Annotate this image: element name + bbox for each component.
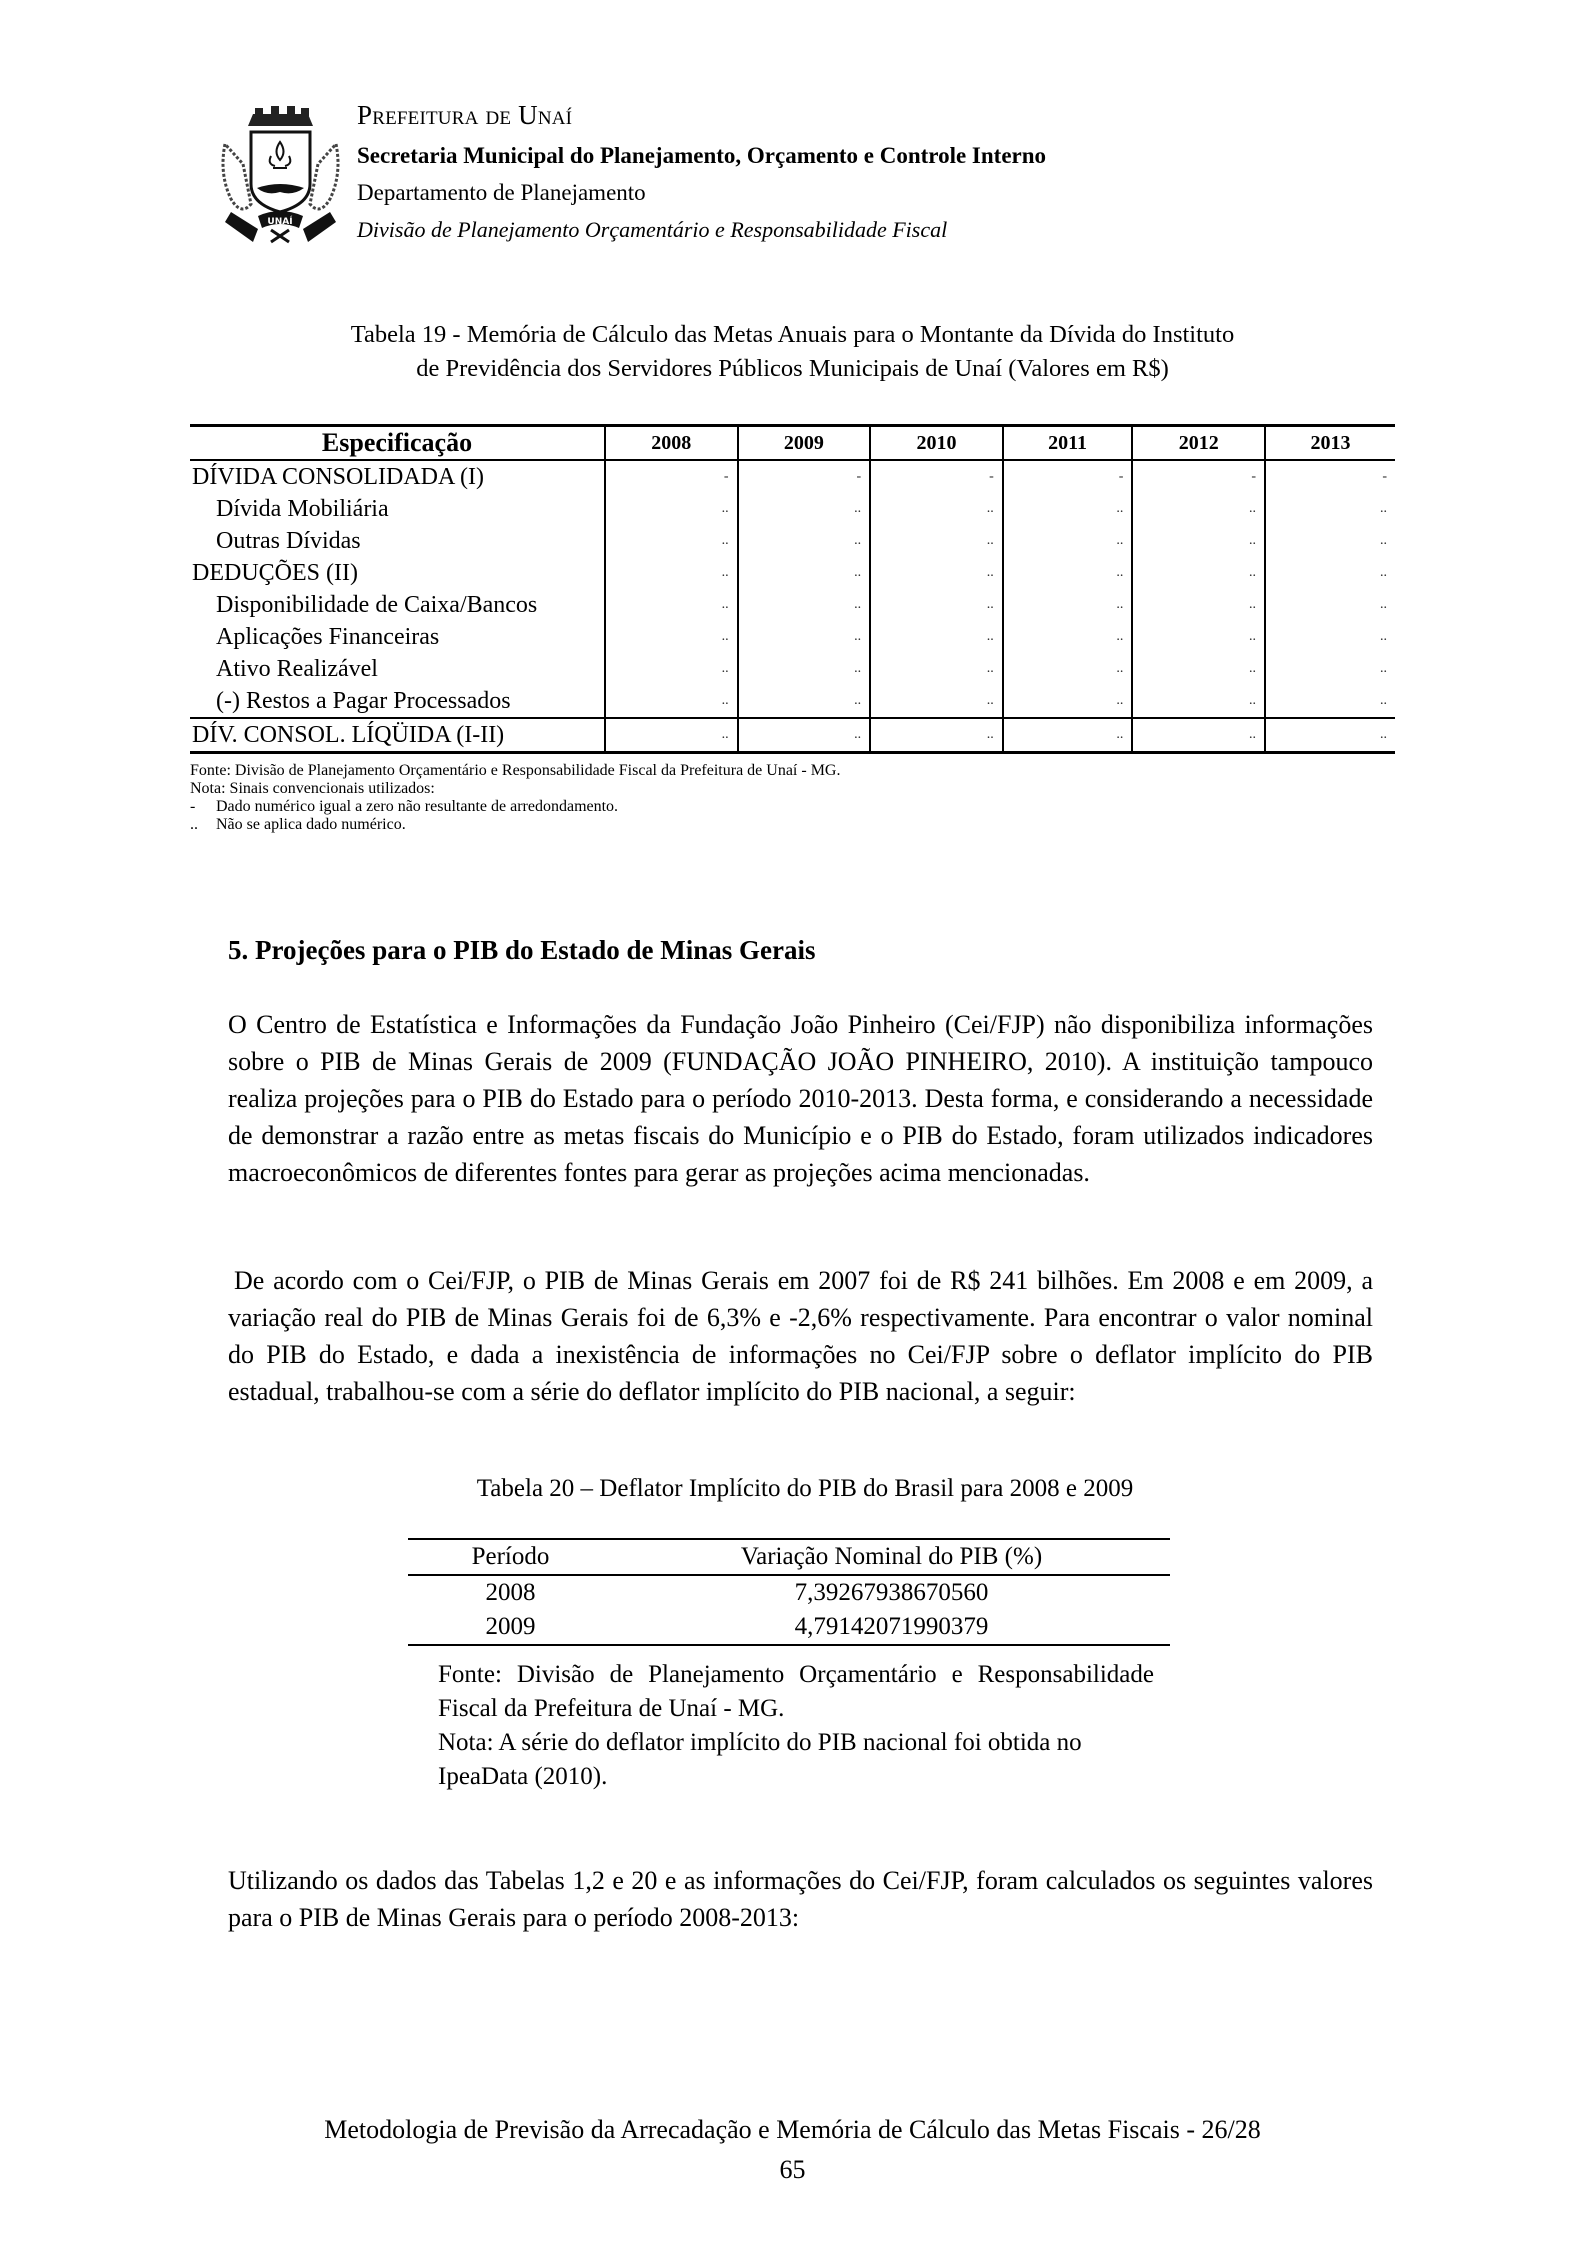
cell-value: ..: [605, 685, 738, 718]
table19-fonte: Fonte: Divisão de Planejamento Orçamentá…: [190, 762, 840, 779]
cell-value: ..: [1265, 493, 1395, 525]
table19-col-header: Especificação: [190, 426, 605, 461]
table19-col-header: 2010: [870, 426, 1003, 461]
cell-value: -: [1265, 460, 1395, 493]
cell-value: ..: [738, 621, 871, 653]
cell-value: ..: [1265, 621, 1395, 653]
row-label: DÍV. CONSOL. LÍQÜIDA (I-II): [190, 718, 605, 753]
table20-nota: Nota: A série do deflator implícito do P…: [438, 1726, 1154, 1794]
cell-value: ..: [870, 493, 1003, 525]
cell-value: ..: [1132, 493, 1265, 525]
header-title: Prefeitura de Unaí: [357, 100, 572, 131]
table19-col-header: 2011: [1003, 426, 1133, 461]
table19-caption: Tabela 19 - Memória de Cálculo das Metas…: [190, 318, 1395, 386]
cell-value: ..: [1003, 718, 1133, 753]
table20-value: 4,79142071990379: [613, 1610, 1170, 1645]
table20-value: 7,39267938670560: [613, 1575, 1170, 1610]
cell-value: ..: [1265, 525, 1395, 557]
cell-value: ..: [605, 621, 738, 653]
header-secretaria: Secretaria Municipal do Planejamento, Or…: [357, 143, 1046, 169]
coat-of-arms-logo-icon: UNAÍ: [213, 104, 348, 244]
cell-value: ..: [605, 493, 738, 525]
cell-value: ..: [605, 589, 738, 621]
legend-symbol: -: [190, 798, 216, 815]
cell-value: ..: [1132, 589, 1265, 621]
cell-value: ..: [1003, 653, 1133, 685]
legend-symbol: ..: [190, 816, 216, 833]
table20-col-header: Variação Nominal do PIB (%): [613, 1539, 1170, 1575]
cell-value: ..: [870, 589, 1003, 621]
cell-value: ..: [738, 525, 871, 557]
table19: Especificação 2008 2009 2010 2011 2012 2…: [190, 424, 1395, 754]
cell-value: -: [738, 460, 871, 493]
cell-value: ..: [1003, 589, 1133, 621]
cell-value: -: [1003, 460, 1133, 493]
table-row: Aplicações Financeiras............: [190, 621, 1395, 653]
table20-period: 2009: [408, 1610, 613, 1645]
cell-value: ..: [605, 653, 738, 685]
cell-value: ..: [1132, 718, 1265, 753]
cell-value: ..: [738, 653, 871, 685]
table-row: Ativo Realizável............: [190, 653, 1395, 685]
table19-caption-line2: de Previdência dos Servidores Públicos M…: [190, 352, 1395, 386]
cell-value: ..: [738, 718, 871, 753]
cell-value: ..: [1003, 685, 1133, 718]
page-number: 65: [190, 2155, 1395, 2185]
table20: Período Variação Nominal do PIB (%) 2008…: [408, 1538, 1170, 1646]
header-departamento: Departamento de Planejamento: [357, 180, 646, 206]
table-row: 2008 7,39267938670560: [408, 1575, 1170, 1610]
cell-value: ..: [870, 718, 1003, 753]
header-divisao: Divisão de Planejamento Orçamentário e R…: [357, 217, 947, 243]
row-label: Aplicações Financeiras: [190, 621, 605, 653]
table-row: Dívida Mobiliária............: [190, 493, 1395, 525]
svg-text:UNAÍ: UNAÍ: [267, 215, 293, 227]
cell-value: ..: [605, 557, 738, 589]
cell-value: ..: [1265, 557, 1395, 589]
table20-header-row: Período Variação Nominal do PIB (%): [408, 1539, 1170, 1575]
table20-fonte: Fonte: Divisão de Planejamento Orçamentá…: [438, 1658, 1154, 1726]
table20-period: 2008: [408, 1575, 613, 1610]
legend-text: Dado numérico igual a zero não resultant…: [216, 798, 618, 815]
cell-value: ..: [870, 525, 1003, 557]
cell-value: ..: [1132, 525, 1265, 557]
cell-value: ..: [1265, 718, 1395, 753]
table20-caption: Tabela 20 – Deflator Implícito do PIB do…: [300, 1475, 1310, 1503]
table19-col-header: 2009: [738, 426, 871, 461]
table19-nota: Nota: Sinais convencionais utilizados:: [190, 780, 435, 797]
row-label: DEDUÇÕES (II): [190, 557, 605, 589]
cell-value: -: [1132, 460, 1265, 493]
table-row: DÍVIDA CONSOLIDADA (I)------: [190, 460, 1395, 493]
footer-title: Metodologia de Previsão da Arrecadação e…: [190, 2115, 1395, 2145]
row-label: Outras Dívidas: [190, 525, 605, 557]
table-row: Outras Dívidas............: [190, 525, 1395, 557]
cell-value: ..: [1265, 589, 1395, 621]
cell-value: ..: [605, 718, 738, 753]
table-row: Disponibilidade de Caixa/Bancos.........…: [190, 589, 1395, 621]
cell-value: ..: [1003, 557, 1133, 589]
cell-value: ..: [870, 685, 1003, 718]
table20-col-header: Período: [408, 1539, 613, 1575]
table19-caption-line1: Tabela 19 - Memória de Cálculo das Metas…: [190, 318, 1395, 352]
cell-value: ..: [1003, 621, 1133, 653]
cell-value: ..: [605, 525, 738, 557]
cell-value: ..: [870, 653, 1003, 685]
table19-legend-item: ..Não se aplica dado numérico.: [190, 816, 406, 833]
row-label: (-) Restos a Pagar Processados: [190, 685, 605, 718]
cell-value: ..: [738, 589, 871, 621]
cell-value: ..: [870, 621, 1003, 653]
cell-value: ..: [1265, 653, 1395, 685]
cell-value: -: [605, 460, 738, 493]
table-row: 2009 4,79142071990379: [408, 1610, 1170, 1645]
table19-col-header: 2012: [1132, 426, 1265, 461]
section-heading: 5. Projeções para o PIB do Estado de Min…: [228, 935, 815, 966]
cell-value: ..: [738, 557, 871, 589]
row-label: DÍVIDA CONSOLIDADA (I): [190, 460, 605, 493]
row-label: Disponibilidade de Caixa/Bancos: [190, 589, 605, 621]
cell-value: ..: [870, 557, 1003, 589]
table19-col-header: 2013: [1265, 426, 1395, 461]
table19-col-header: 2008: [605, 426, 738, 461]
cell-value: -: [870, 460, 1003, 493]
paragraph: Utilizando os dados das Tabelas 1,2 e 20…: [228, 1862, 1373, 1936]
cell-value: ..: [1132, 557, 1265, 589]
cell-value: ..: [738, 493, 871, 525]
cell-value: ..: [1132, 685, 1265, 718]
row-label: Dívida Mobiliária: [190, 493, 605, 525]
cell-value: ..: [1132, 621, 1265, 653]
cell-value: ..: [738, 685, 871, 718]
row-label: Ativo Realizável: [190, 653, 605, 685]
cell-value: ..: [1003, 525, 1133, 557]
table-total-row: DÍV. CONSOL. LÍQÜIDA (I-II)............: [190, 718, 1395, 753]
table20-notes: Fonte: Divisão de Planejamento Orçamentá…: [438, 1658, 1154, 1794]
paragraph: O Centro de Estatística e Informações da…: [228, 1006, 1373, 1191]
cell-value: ..: [1132, 653, 1265, 685]
cell-value: ..: [1265, 685, 1395, 718]
table19-header-row: Especificação 2008 2009 2010 2011 2012 2…: [190, 426, 1395, 461]
legend-text: Não se aplica dado numérico.: [216, 816, 406, 833]
table-row: (-) Restos a Pagar Processados..........…: [190, 685, 1395, 718]
paragraph: De acordo com o Cei/FJP, o PIB de Minas …: [228, 1262, 1373, 1410]
table19-legend-item: -Dado numérico igual a zero não resultan…: [190, 798, 618, 815]
table-row: DEDUÇÕES (II)............: [190, 557, 1395, 589]
cell-value: ..: [1003, 493, 1133, 525]
